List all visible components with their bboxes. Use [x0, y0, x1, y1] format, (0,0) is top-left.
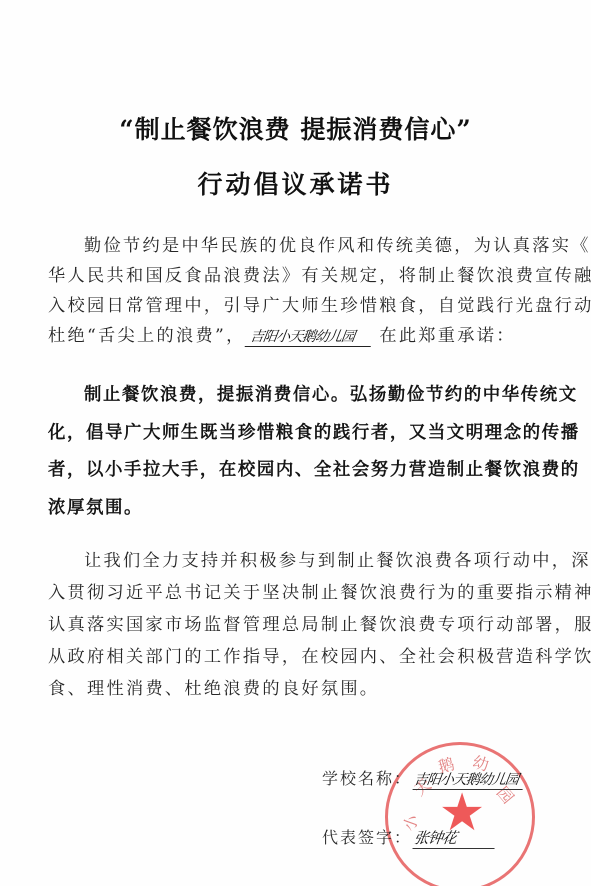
- paragraph-3-line-3: 认真落实国家市场监督管理总局制止餐饮浪费专项行动部署，服: [48, 614, 552, 636]
- paragraph-2-line-1: 制止餐饮浪费，提振消费信心。弘扬勤俭节约的中华传统文: [84, 384, 552, 406]
- paragraph-3-line-2: 入贯彻习近平总书记关于坚决制止餐饮浪费行为的重要指示精神，: [48, 582, 552, 604]
- paragraph-2-line-2: 化，倡导广大师生既当珍惜粮食的践行者，又当文明理念的传播: [48, 422, 552, 444]
- official-seal: 小 天 鹅 幼 园 ★: [385, 742, 535, 886]
- school-name-value: 吉阳小天鹅幼儿园: [413, 769, 526, 790]
- paragraph-1-line-4: 杜绝“舌尖上的浪费”，吉阳小天鹅幼儿园 在此郑重承诺：: [48, 325, 552, 347]
- document-subtitle: 行动倡议承诺书: [0, 165, 591, 201]
- representative-signature-value: 张钟花: [412, 827, 497, 849]
- paragraph-1-line-3: 入校园日常管理中，引导广大师生珍惜粮食，自觉践行光盘行动，: [48, 295, 552, 317]
- paragraph-2-line-4: 浓厚氛围。: [48, 497, 552, 519]
- handwritten-school-name: 吉阳小天鹅幼儿园: [244, 328, 373, 347]
- representative-signature-row: 代表签字：张钟花: [322, 825, 496, 849]
- paragraph-3-line-4: 从政府相关部门的工作指导，在校园内、全社会积极营造科学饮: [48, 646, 552, 668]
- paragraph-3-line-5: 食、理性消费、杜绝浪费的良好氛围。: [48, 678, 552, 700]
- representative-signature-label: 代表签字：: [322, 825, 412, 848]
- paragraph-1-line-1: 勤俭节约是中华民族的优良作风和传统美德，为认真落实《中: [84, 235, 552, 257]
- commitment-letter-page: “制止餐饮浪费 提振消费信心” 行动倡议承诺书 勤俭节约是中华民族的优良作风和传…: [0, 0, 591, 886]
- school-name-label: 学校名称：: [322, 766, 412, 789]
- paragraph-1-line-4-suffix: 在此郑重承诺：: [379, 326, 515, 346]
- paragraph-3-line-1: 让我们全力支持并积极参与到制止餐饮浪费各项行动中，深: [84, 550, 552, 572]
- document-title: “制止餐饮浪费 提振消费信心”: [0, 110, 591, 146]
- paragraph-1-line-4-prefix: 杜绝“舌尖上的浪费”，: [48, 326, 246, 346]
- paragraph-1-line-2: 华人民共和国反食品浪费法》有关规定，将制止餐饮浪费宣传融: [48, 265, 552, 287]
- paragraph-2-line-3: 者，以小手拉大手，在校园内、全社会努力营造制止餐饮浪费的: [48, 459, 552, 481]
- school-name-row: 学校名称：吉阳小天鹅幼儿园: [322, 766, 524, 790]
